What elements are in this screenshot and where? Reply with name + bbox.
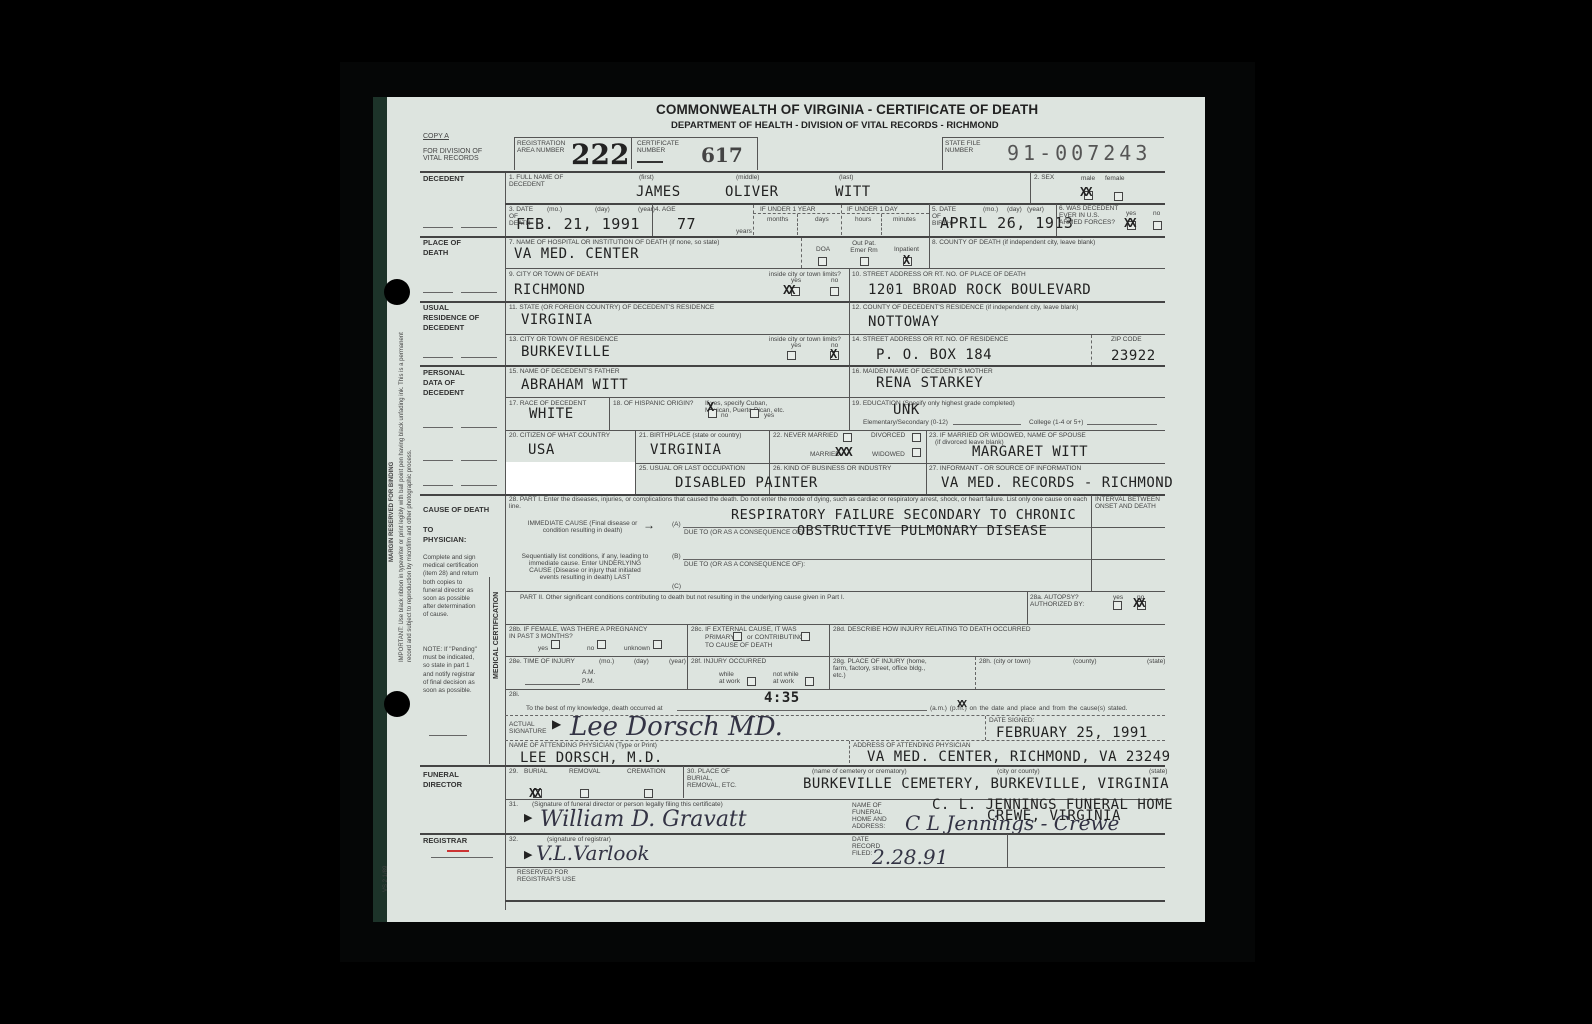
injury-mo-label: (mo.)	[599, 658, 614, 665]
registrar-signature: V.L.Varlook	[536, 841, 650, 865]
age-label: 4. AGE	[655, 206, 676, 213]
important-note: IMPORTANT: Use black ribbon in typewrite…	[398, 332, 414, 662]
section-usual-residence: USUAL RESIDENCE OF DECEDENT	[423, 303, 485, 333]
widowed-label: WIDOWED	[872, 451, 905, 458]
autopsy-label: 28a. AUTOPSY? AUTHORIZED BY:	[1030, 594, 1090, 608]
hispanic-no-mark: X	[707, 400, 712, 414]
spouse-label: 23. IF MARRIED OR WIDOWED, NAME OF SPOUS…	[929, 432, 1086, 439]
signature-arrow-icon: ▶	[524, 811, 532, 824]
cause-line-a2: OBSTRUCTIVE PULMONARY DISEASE	[797, 523, 1047, 539]
name-label: 1. FULL NAME OF DECEDENT	[509, 174, 567, 188]
time-of-death-value: 4:35	[764, 690, 800, 706]
date-of-birth-value: APRIL 26, 1913	[940, 214, 1073, 232]
father-value: ABRAHAM WITT	[521, 377, 628, 393]
cert-num-label: 28i.	[509, 691, 519, 698]
death-certificate: COMMONWEALTH OF VIRGINIA - CERTIFICATE O…	[387, 97, 1205, 922]
outpat-label: Out Pat. Emer Rm	[849, 240, 879, 254]
signature-arrow-icon: ▶	[552, 717, 561, 731]
injury-desc-label: 28d. DESCRIBE HOW INJURY RELATING TO DEA…	[833, 626, 1031, 633]
margin-note: MARGIN RESERVED FOR BINDING	[389, 462, 396, 562]
female-checkbox[interactable]	[1114, 192, 1123, 201]
occupation-value: DISABLED PAINTER	[675, 475, 818, 491]
mother-value: RENA STARKEY	[876, 375, 983, 391]
dob-year-label: (year)	[1027, 206, 1044, 213]
armed-yes-mark: XX	[1124, 216, 1134, 230]
never-married-checkbox[interactable]	[843, 433, 852, 442]
years-label: years	[736, 228, 752, 235]
document-title: COMMONWEALTH OF VIRGINIA - CERTIFICATE O…	[656, 102, 1038, 117]
age-value: 77	[677, 215, 696, 233]
burial-label: BURIAL	[524, 768, 547, 775]
days-label: days	[815, 216, 829, 223]
medical-certification-label: MEDICAL CERTIFICATION	[492, 592, 502, 679]
preg-unknown-checkbox[interactable]	[653, 640, 662, 649]
education-college-label: College (1-4 or 5+)	[1029, 419, 1083, 426]
injury-state-label: (state)	[1147, 658, 1165, 665]
zip-value: 23922	[1111, 348, 1156, 364]
external-contrib-label: or CONTRIBUTING	[747, 634, 804, 641]
injury-occurred-label: 28f. INJURY OCCURRED	[691, 658, 766, 665]
armed-forces-label: 6. WAS DECEDENT EVER IN U.S. ARMED FORCE…	[1059, 205, 1119, 226]
section-registrar: REGISTRAR	[423, 836, 467, 846]
binding-strip	[373, 97, 387, 922]
sequential-label: Sequentially list conditions, if any, le…	[520, 553, 650, 581]
physician-instructions: Complete and sign medical certification …	[423, 554, 479, 620]
hours-label: hours	[855, 216, 871, 223]
injury-year-label: (year)	[669, 658, 686, 665]
line-b-label: (B)	[672, 553, 681, 560]
redacted-field	[506, 462, 635, 494]
signature-label: ACTUAL SIGNATURE	[509, 721, 549, 735]
female-label: female	[1105, 175, 1125, 182]
removal-checkbox[interactable]	[580, 789, 589, 798]
section-funeral-director: FUNERAL DIRECTOR	[423, 770, 473, 790]
hispanic-no-label: no	[721, 412, 728, 419]
date-filed-value: 2.28.91	[872, 845, 948, 869]
section-to-physician: TO PHYSICIAN:	[423, 525, 473, 545]
city-of-death-value: RICHMOND	[514, 282, 585, 298]
external-primary-checkbox[interactable]	[733, 632, 742, 641]
removal-label: REMOVAL	[569, 768, 600, 775]
reserved-label: RESERVED FOR REGISTRAR'S USE	[517, 869, 577, 883]
male-label: male	[1081, 175, 1095, 182]
inpatient-mark: X	[903, 253, 908, 267]
not-while-work-checkbox[interactable]	[805, 677, 814, 686]
residence-limits-yes-label: yes	[791, 342, 801, 349]
preg-unknown-label: unknown	[624, 645, 650, 652]
section-cause-of-death: CAUSE OF DEATH	[423, 505, 489, 515]
preg-yes-label: yes	[538, 645, 548, 652]
injury-county-label: (county)	[1073, 658, 1096, 665]
widowed-checkbox[interactable]	[912, 448, 921, 457]
citizen-label: 20. CITIZEN OF WHAT COUNTRY	[509, 432, 610, 439]
preg-no-label: no	[587, 645, 594, 652]
under-1-day-label: IF UNDER 1 DAY	[847, 206, 898, 213]
first-name-value: JAMES	[636, 184, 681, 200]
am-label: A.M.	[582, 669, 595, 676]
citizen-value: USA	[528, 442, 555, 458]
line-c-label: (C)	[672, 583, 681, 590]
death-limits-no-label: no	[831, 277, 838, 284]
funeral-num31: 31.	[509, 801, 518, 808]
physician-name-value: LEE DORSCH, M.D.	[520, 750, 663, 766]
document-subtitle: DEPARTMENT OF HEALTH - DIVISION OF VITAL…	[671, 120, 999, 131]
armed-no-label: no	[1153, 210, 1160, 217]
certificate-number: 617	[701, 143, 743, 167]
education-value: UNK	[893, 402, 920, 418]
director-signature: William D. Gravatt	[540, 807, 747, 832]
signature-arrow-icon: ▶	[524, 848, 532, 861]
preg-no-checkbox[interactable]	[597, 640, 606, 649]
city-county-label: (city or county)	[997, 768, 1040, 775]
armed-no-checkbox[interactable]	[1153, 221, 1162, 230]
place-injury-label: 28g. PLACE OF INJURY (home, farm, factor…	[833, 658, 939, 679]
birthplace-value: VIRGINIA	[650, 442, 721, 458]
autopsy-yes-label: yes	[1113, 594, 1123, 601]
arrow-icon: →	[643, 518, 655, 532]
dob-day-label: (day)	[1007, 206, 1022, 213]
street-residence-label: 14. STREET ADDRESS OR RT. NO. OF RESIDEN…	[852, 336, 1008, 343]
middle-name-value: OLIVER	[725, 184, 779, 200]
residence-limits-yes-checkbox[interactable]	[787, 351, 796, 360]
burial-mark: XX	[529, 786, 539, 800]
date-of-death-value: FEB. 21, 1991	[516, 215, 640, 233]
doa-label: DOA	[816, 246, 830, 253]
education-elementary-label: Elementary/Secondary (0-12)	[863, 419, 948, 426]
while-work-checkbox[interactable]	[747, 677, 756, 686]
due-to-label-b: DUE TO (OR AS A CONSEQUENCE OF):	[684, 561, 805, 568]
zip-label: ZIP CODE	[1111, 336, 1142, 343]
residence-limits-no-mark: X	[830, 347, 835, 361]
copy-for-label: FOR DIVISION OF VITAL RECORDS	[423, 148, 495, 162]
external-primary-label: PRIMARY	[705, 634, 735, 641]
dob-mo-label: (mo.)	[983, 206, 998, 213]
line-a-label: (A)	[672, 521, 681, 528]
time-injury-label: 28e. TIME OF INJURY	[509, 658, 575, 665]
divorced-checkbox[interactable]	[912, 433, 921, 442]
section-personal-data: PERSONAL DATA OF DECEDENT	[423, 368, 475, 398]
city-of-death-label: 9. CITY OR TOWN OF DEATH	[509, 271, 598, 278]
street-of-death-label: 10. STREET ADDRESS OR RT. NO. OF PLACE O…	[852, 271, 1026, 278]
immediate-cause-label: IMMEDIATE CAUSE (Final disease or condit…	[520, 520, 645, 534]
punch-hole	[384, 691, 410, 717]
registration-area-label: REGISTRATION AREA NUMBER	[517, 140, 569, 154]
preg-yes-checkbox[interactable]	[551, 640, 560, 649]
dod-mo-label: (mo.)	[547, 206, 562, 213]
race-value: WHITE	[529, 406, 574, 422]
hospital-value: VA MED. CENTER	[514, 246, 639, 262]
cause-line-a1: RESPIRATORY FAILURE SECONDARY TO CHRONIC	[731, 507, 1076, 523]
informant-value: VA MED. RECORDS - RICHMOND	[941, 475, 1173, 491]
part2-label: PART II. Other significant conditions co…	[520, 594, 844, 601]
state-file-label: STATE FILE NUMBER	[945, 140, 985, 154]
interval-label: INTERVAL BETWEEN ONSET AND DEATH	[1095, 496, 1165, 510]
doa-checkbox[interactable]	[818, 257, 827, 266]
date-signed-label: DATE SIGNED:	[989, 717, 1034, 724]
funeral-home-label: NAME OF FUNERAL HOME AND ADDRESS:	[852, 802, 897, 830]
autopsy-no-mark: XX	[1133, 596, 1143, 610]
county-residence-value: NOTTOWAY	[868, 314, 939, 330]
place-burial-label: 30. PLACE OF BURIAL, REMOVAL, ETC.	[687, 768, 747, 789]
cemetery-label: (name of cemetery or crematory)	[812, 768, 907, 775]
physician-address-value: VA MED. CENTER, RICHMOND, VA 23249	[867, 749, 1171, 765]
first-name-label: (first)	[639, 174, 654, 181]
external-cause-label: 28c. IF EXTERNAL CAUSE, IT WAS	[691, 626, 797, 633]
inpatient-label: Inpatient	[894, 246, 919, 253]
male-mark: XX	[1080, 185, 1090, 199]
never-married-label: 22. NEVER MARRIED	[773, 432, 838, 439]
registrar-num32: 32.	[509, 836, 518, 843]
external-to-label: TO CAUSE OF DEATH	[705, 642, 772, 649]
while-work-label: while at work	[719, 671, 741, 685]
under-1-year-label: IF UNDER 1 YEAR	[760, 206, 816, 213]
county-of-death-label: 8. COUNTY OF DEATH (if independent city,…	[932, 239, 1095, 246]
state-residence-value: VIRGINIA	[521, 312, 592, 328]
registration-area-number: 222	[571, 138, 629, 171]
city-injury-label: 28h. (city or town)	[979, 658, 1031, 665]
section-decedent: DECEDENT	[423, 174, 464, 184]
funeral-home-signature: C L Jennings - Crewe	[905, 811, 1119, 835]
mother-label: 16. MAIDEN NAME OF DECEDENT'S MOTHER	[852, 368, 993, 375]
outpat-checkbox[interactable]	[860, 257, 869, 266]
cremation-label: CREMATION	[627, 768, 666, 775]
due-to-label-a: DUE TO (OR AS A CONSEQUENCE OF):	[684, 529, 805, 536]
death-limits-no-checkbox[interactable]	[830, 287, 839, 296]
physician-note: NOTE: If "Pending" must be indicated, so…	[423, 646, 479, 695]
birthplace-label: 21. BIRTHPLACE (state or country)	[639, 432, 741, 439]
pregnancy-label: 28b. IF FEMALE, WAS THERE A PREGNANCY IN…	[509, 626, 649, 640]
informant-label: 27. INFORMANT - OR SOURCE OF INFORMATION	[929, 465, 1081, 472]
months-label: months	[767, 216, 788, 223]
injury-day-label: (day)	[634, 658, 649, 665]
funeral-num29: 29.	[509, 768, 518, 775]
section-place-of-death: PLACE OF DEATH	[423, 238, 473, 258]
punch-hole	[384, 279, 410, 305]
cremation-checkbox[interactable]	[644, 789, 653, 798]
hospital-label: 7. NAME OF HOSPITAL OR INSTITUTION OF DE…	[509, 239, 719, 246]
form-code: VS 2 1/89	[383, 866, 390, 892]
hispanic-yes-label: yes	[764, 412, 774, 419]
date-signed-value: FEBRUARY 25, 1991	[996, 725, 1148, 741]
divorced-label: DIVORCED	[871, 432, 905, 439]
cert-statement-pre: To the best of my knowledge, death occur…	[526, 705, 663, 712]
burial-state-label: (state)	[1149, 768, 1167, 775]
pm-mark: XX	[957, 699, 965, 710]
hispanic-hint: If yes, specify Cuban, Mexican, Puerto R…	[625, 400, 785, 414]
minutes-label: minutes	[893, 216, 916, 223]
autopsy-yes-checkbox[interactable]	[1113, 601, 1122, 610]
copy-label: COPY A	[423, 133, 449, 140]
city-residence-value: BURKEVILLE	[521, 344, 610, 360]
street-residence-value: P. O. BOX 184	[876, 347, 992, 363]
certificate-number-label: CERTIFICATE NUMBER	[637, 140, 685, 154]
physician-signature: Lee Dorsch MD.	[570, 712, 783, 742]
death-limits-yes-mark: XX	[783, 283, 793, 297]
education-label: 19. EDUCATION (Specify only highest grad…	[852, 400, 1015, 407]
occupation-label: 25. USUAL OR LAST OCCUPATION	[639, 465, 745, 472]
state-file-number: 91-007243	[1007, 141, 1151, 165]
married-mark: XXX	[835, 445, 851, 459]
father-label: 15. NAME OF DECEDENT'S FATHER	[509, 368, 620, 375]
last-name-value: WITT	[835, 184, 871, 200]
street-of-death-value: 1201 BROAD ROCK BOULEVARD	[868, 282, 1091, 298]
dod-day-label: (day)	[595, 206, 610, 213]
county-residence-label: 12. COUNTY OF DECEDENT'S RESIDENCE (if i…	[852, 304, 1078, 311]
physician-address-label: ADDRESS OF ATTENDING PHYSICIAN	[853, 742, 971, 749]
state-residence-label: 11. STATE (OR FOREIGN COUNTRY) OF DECEDE…	[509, 304, 714, 311]
not-while-work-label: not while at work	[773, 671, 803, 685]
city-residence-label: 13. CITY OR TOWN OF RESIDENCE	[509, 336, 618, 343]
hispanic-yes-checkbox[interactable]	[750, 409, 759, 418]
external-contrib-checkbox[interactable]	[801, 632, 810, 641]
pm-label: P.M.	[582, 678, 595, 685]
last-name-label: (last)	[839, 174, 853, 181]
middle-name-label: (middle)	[736, 174, 759, 181]
sex-label: 2. SEX	[1034, 174, 1054, 181]
physician-name-label: NAME OF ATTENDING PHYSICIAN (Type or Pri…	[509, 742, 657, 749]
place-burial-value: BURKEVILLE CEMETERY, BURKEVILLE, VIRGINI…	[803, 776, 1169, 792]
spouse-value: MARGARET WITT	[972, 444, 1088, 460]
business-label: 26. KIND OF BUSINESS OR INDUSTRY	[773, 465, 891, 472]
